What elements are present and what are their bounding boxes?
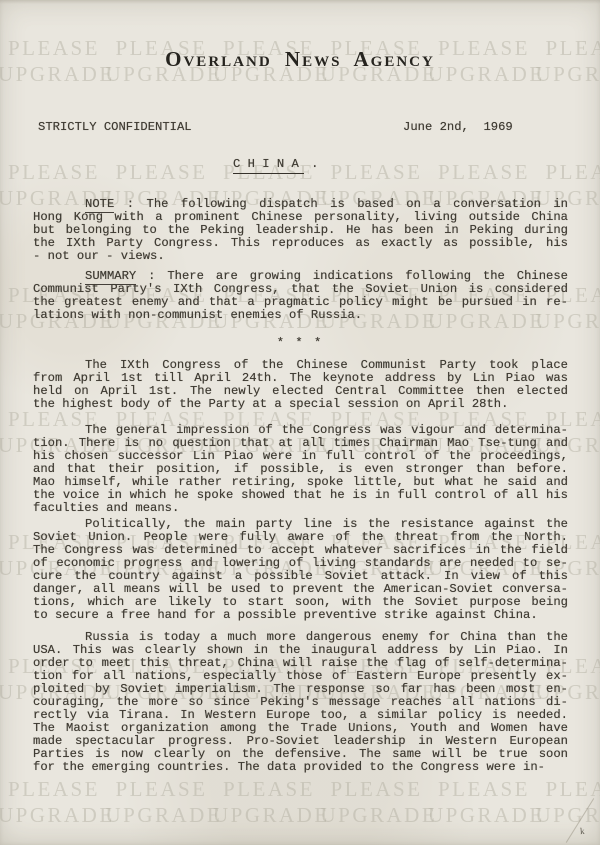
watermark-word-please: PLEASE	[438, 160, 530, 185]
corner-mark: k	[580, 826, 585, 836]
body-paragraph: The IXth Congress of the Chinese Communi…	[33, 359, 568, 411]
scan-top-edge	[0, 0, 600, 4]
text-line: - not our - views.	[33, 250, 568, 263]
country-heading: C H I N A .	[233, 158, 318, 171]
section-separator: * * *	[0, 337, 600, 350]
country-heading-underlined: C H I N A	[233, 157, 304, 174]
watermark-word-upgrade: UPGRADE	[428, 803, 545, 828]
watermark-word-please: PLEASE	[331, 777, 423, 802]
watermark-word-upgrade: UPGRADE	[213, 803, 330, 828]
watermark-word-please: PLEASE	[116, 160, 208, 185]
text-line: for the emerging countries. The data pro…	[33, 761, 568, 774]
text-line: the highest body of the Party at a speci…	[33, 398, 568, 411]
watermark-word-please: PLEASE	[8, 160, 100, 185]
watermark-word-upgrade: UPGRADE	[536, 803, 600, 828]
summary-paragraph: SUMMARY : There are growing indications …	[33, 270, 568, 322]
text-line: to secure a free hand for a possible pre…	[33, 609, 568, 622]
watermark-word-please: PLEASE	[331, 160, 423, 185]
body-paragraph: Politically, the main party line is the …	[33, 518, 568, 622]
watermark-word-please: PLEASE	[116, 777, 208, 802]
watermark-word-please: PLEASE	[223, 777, 315, 802]
body-paragraph: Russia is today a much more dangerous en…	[33, 631, 568, 774]
note-paragraph: NOTE : The following dispatch is based o…	[33, 198, 568, 263]
text-line: lations with non-communist enemies of Ru…	[33, 309, 568, 322]
country-heading-period: .	[304, 157, 319, 171]
watermark-word-upgrade: UPGRADE	[0, 803, 115, 828]
watermark-word-please: PLEASE	[546, 160, 600, 185]
document-page: PLEASEUPGRADEPLEASEUPGRADEPLEASEUPGRADEP…	[0, 0, 600, 845]
text-line: faculties and means.	[33, 502, 568, 515]
agency-title: Overland News Agency	[0, 47, 600, 72]
watermark-word-upgrade: UPGRADE	[106, 803, 223, 828]
watermark-word-please: PLEASE	[438, 777, 530, 802]
body-paragraph: The general impression of the Congress w…	[33, 424, 568, 515]
date-label: June 2nd, 1969	[403, 121, 513, 134]
watermark-word-please: PLEASE	[8, 777, 100, 802]
classification-label: STRICTLY CONFIDENTIAL	[38, 121, 192, 134]
watermark-word-upgrade: UPGRADE	[321, 803, 438, 828]
